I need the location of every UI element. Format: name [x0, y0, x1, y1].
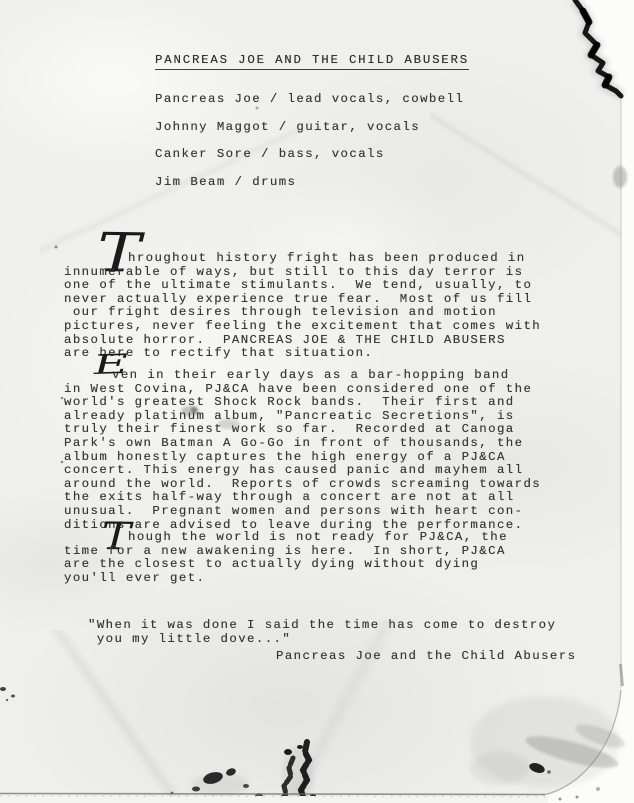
member-line: Canker Sore / bass, vocals — [155, 141, 464, 169]
paragraph-line: pictures, never feeling the excitement t… — [64, 320, 541, 334]
paragraph-line: one of the ultimate stimulants. We tend,… — [64, 279, 541, 293]
paragraph-line: unusual. Pregnant women and persons with… — [64, 505, 541, 519]
paragraph-3: hough the world is not ready for PJ&CA, … — [64, 531, 508, 585]
paragraph-line: time for a new awakening is here. In sho… — [64, 545, 508, 559]
member-line: Johnny Maggot / guitar, vocals — [155, 114, 464, 142]
paragraph-line: are here to rectify that situation. — [64, 347, 541, 361]
paragraph-line: concert. This energy has caused panic an… — [64, 464, 541, 478]
paragraph-line: hough the world is not ready for PJ&CA, … — [64, 531, 508, 545]
quote-attribution-text: Pancreas Joe and the Child Abusers — [276, 649, 576, 663]
paragraph-line: truly their finest work so far. Recorded… — [64, 423, 541, 437]
paragraph-line: around the world. Reports of crowds scre… — [64, 478, 541, 492]
paragraph-line: are the closest to actually dying withou… — [64, 558, 508, 572]
paragraph-2: ven in their early days as a bar-hopping… — [64, 369, 541, 532]
quote-line: you my little dove..." — [88, 633, 556, 647]
closing-quote: "When it was done I said the time has co… — [88, 619, 556, 647]
quote-attribution: Pancreas Joe and the Child Abusers — [276, 646, 576, 664]
paragraph-line: our fright desires through television an… — [64, 306, 541, 320]
scanned-document-page: PANCREAS JOE AND THE CHILD ABUSERS Pancr… — [0, 0, 634, 803]
paragraph-line: already platinum album, "Pancreatic Secr… — [64, 410, 541, 424]
paragraph-line: Park's own Batman A Go-Go in front of th… — [64, 437, 541, 451]
paragraph-line: in West Covina, PJ&CA have been consider… — [64, 383, 541, 397]
title-block: PANCREAS JOE AND THE CHILD ABUSERS — [155, 50, 469, 70]
quote-line: "When it was done I said the time has co… — [88, 619, 556, 633]
band-member-list: Pancreas Joe / lead vocals, cowbell John… — [155, 86, 464, 196]
paragraph-line: the exits half-way through a concert are… — [64, 491, 541, 505]
paragraph-line: hroughout history fright has been produc… — [64, 252, 541, 266]
page-title: PANCREAS JOE AND THE CHILD ABUSERS — [155, 53, 469, 70]
paragraph-line: absolute horror. PANCREAS JOE & THE CHIL… — [64, 334, 541, 348]
typed-content: PANCREAS JOE AND THE CHILD ABUSERS Pancr… — [0, 0, 634, 803]
paragraph-line: you'll ever get. — [64, 572, 508, 586]
member-line: Jim Beam / drums — [155, 169, 464, 197]
paragraph-line: innumerable of ways, but still to this d… — [64, 266, 541, 280]
paragraph-line: album honestly captures the high energy … — [64, 451, 541, 465]
paragraph-line: world's greatest Shock Rock bands. Their… — [64, 396, 541, 410]
member-line: Pancreas Joe / lead vocals, cowbell — [155, 86, 464, 114]
paragraph-1: hroughout history fright has been produc… — [64, 252, 541, 361]
paragraph-line: never actually experience true fear. Mos… — [64, 293, 541, 307]
paragraph-line: ven in their early days as a bar-hopping… — [64, 369, 541, 383]
